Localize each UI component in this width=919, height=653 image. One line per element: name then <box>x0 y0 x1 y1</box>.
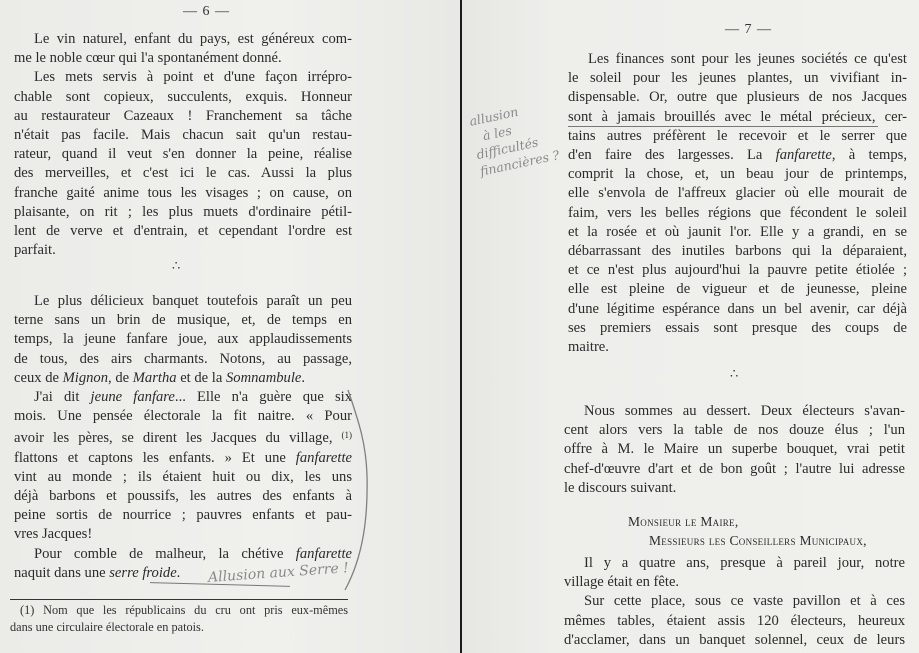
footnote-rule <box>10 599 348 600</box>
text-line: franche gaité anime tous les visages ; o… <box>14 184 352 203</box>
text-line: ses premiers essais sont presque des cou… <box>568 319 907 338</box>
text-line: Pour comble de malheur, la chétive fanfa… <box>14 545 352 564</box>
text-line: débarrassant des inutiles barbons qui la… <box>568 242 907 261</box>
text-line: mêmes tables, étaient assis 120 électeur… <box>564 612 905 631</box>
left-section-2: Le plus délicieux banquet toutefois para… <box>14 292 352 583</box>
text-line: avoir les pères, se dirent les Jacques d… <box>14 426 352 448</box>
text-line: chable sont copieux, succulents, exquis.… <box>14 88 352 107</box>
footnote-line: dans une circulaire électorale en patois… <box>10 619 348 636</box>
text-line: elle s'envola de l'affreux glacier où el… <box>568 184 907 203</box>
footnote-line: (1) Nom que les républicains du cru ont … <box>10 602 348 619</box>
text-line: et la rosée et où jaunit l'or. Elle y a … <box>568 223 907 242</box>
section-dinkus: ∴ <box>730 370 738 378</box>
right-page: — 7 — allusion à les difficultés financi… <box>462 0 919 653</box>
text-line: village était en fête. <box>564 573 905 592</box>
text-line: vres Jacques! <box>14 525 352 544</box>
pencil-underline <box>568 126 878 127</box>
text-line: Il y a quatre ans, presque à pareil jour… <box>564 554 905 573</box>
text-line: déjà barbons et poussifs, les autres des… <box>14 487 352 506</box>
text-line: sont à jamais brouillés avec le métal pr… <box>568 108 907 127</box>
right-section-2: Nous sommes au dessert. Deux électeurs s… <box>564 402 905 498</box>
salutation-councillors: Messieurs les Conseillers Municipaux, <box>649 531 867 550</box>
text-line: plaisante, on rit ; les plus muets d'ord… <box>14 203 352 222</box>
text-line: Les finances sont pour les jeunes sociét… <box>568 50 907 69</box>
text-line: offre à M. le Maire un superbe bouquet, … <box>564 440 905 459</box>
text-line: mois. Une pensée électorale la fit naitr… <box>14 407 352 426</box>
right-section-3: Il y a quatre ans, presque à pareil jour… <box>564 554 905 650</box>
text-line: lent de verve et d'entrain, et cependant… <box>14 222 352 241</box>
text-line: J'ai dit jeune fanfare... Elle n'a guère… <box>14 388 352 407</box>
text-line: me le noble cœur qui l'a spontanément do… <box>14 49 352 68</box>
left-page: — 6 — Le vin naturel, enfant du pays, es… <box>0 0 462 653</box>
salutation-mayor: Monsieur le Maire, <box>628 512 739 531</box>
text-line: d'une légitime espérance dans un bel ave… <box>568 300 907 319</box>
text-line: temps, la jeune fanfare joue, aux applau… <box>14 330 352 349</box>
text-line: le discours suivant. <box>564 479 905 498</box>
text-line: faim, vers les belles régions que fécond… <box>568 204 907 223</box>
page-number-7: — 7 — <box>725 22 772 38</box>
text-line: elle est pleine de vigueur et de jeuness… <box>568 280 907 299</box>
text-line: tains autres préfèrent le recevoir et le… <box>568 127 907 146</box>
text-line: terne sans un brin de musique, et, de te… <box>14 311 352 330</box>
text-line: ceux de Mignon, de Martha et de la Somna… <box>14 369 352 388</box>
text-line: n'était pas facile. Mais chacun sait qu'… <box>14 126 352 145</box>
text-line: rateur, quand il veut s'en donner la pei… <box>14 145 352 164</box>
text-line: au restaurateur Cazeaux ! Franchement sa… <box>14 107 352 126</box>
left-section-1: Le vin naturel, enfant du pays, est géné… <box>14 30 352 260</box>
text-line: cent alors vers la table de nos douze él… <box>564 421 905 440</box>
text-line: chef-d'œuvre d'art et de bon goût ; l'au… <box>564 460 905 479</box>
text-line: et ce n'est plus aujourd'hui la pauvre p… <box>568 261 907 280</box>
text-line: Le plus délicieux banquet toutefois para… <box>14 292 352 311</box>
text-line: maitre. <box>568 338 907 357</box>
text-line: comprit la chose, et, un beau jour de pr… <box>568 165 907 184</box>
page-number-6: — 6 — <box>183 4 230 20</box>
right-section-1: Les finances sont pour les jeunes sociét… <box>568 50 907 357</box>
text-line: peine sortis de nourrice ; pauvres enfan… <box>14 506 352 525</box>
text-line: Sur cette place, sous ce vaste pavillon … <box>564 592 905 611</box>
text-line: flattons et captons les enfants. » Et un… <box>14 449 352 468</box>
text-line: vint au monde ; ils étaient huit ou dix,… <box>14 468 352 487</box>
margin-handwritten-note: allusion à les difficultés financières ? <box>468 96 561 179</box>
text-line: de tous, des airs charmants. Notons, au … <box>14 350 352 369</box>
text-line: Le vin naturel, enfant du pays, est géné… <box>14 30 352 49</box>
text-line: des merveilles, et c'est ici le cas. Aus… <box>14 164 352 183</box>
section-dinkus: ∴ <box>172 262 180 270</box>
text-line: Les mets servis à point et d'une façon i… <box>14 68 352 87</box>
text-line: d'en faire des largesses. La fanfarette,… <box>568 146 907 165</box>
text-line: parfait. <box>14 241 352 260</box>
text-line: le soleil pour les jeunes plantes, un vi… <box>568 69 907 88</box>
text-line: d'acclamer, dans un banquet solennel, ce… <box>564 631 905 650</box>
text-line: dispensable. Or, outre que plusieurs de … <box>568 88 907 107</box>
text-line: Nous sommes au dessert. Deux électeurs s… <box>564 402 905 421</box>
book-spread: — 6 — Le vin naturel, enfant du pays, es… <box>0 0 919 653</box>
footnote: (1) Nom que les républicains du cru ont … <box>10 602 348 636</box>
